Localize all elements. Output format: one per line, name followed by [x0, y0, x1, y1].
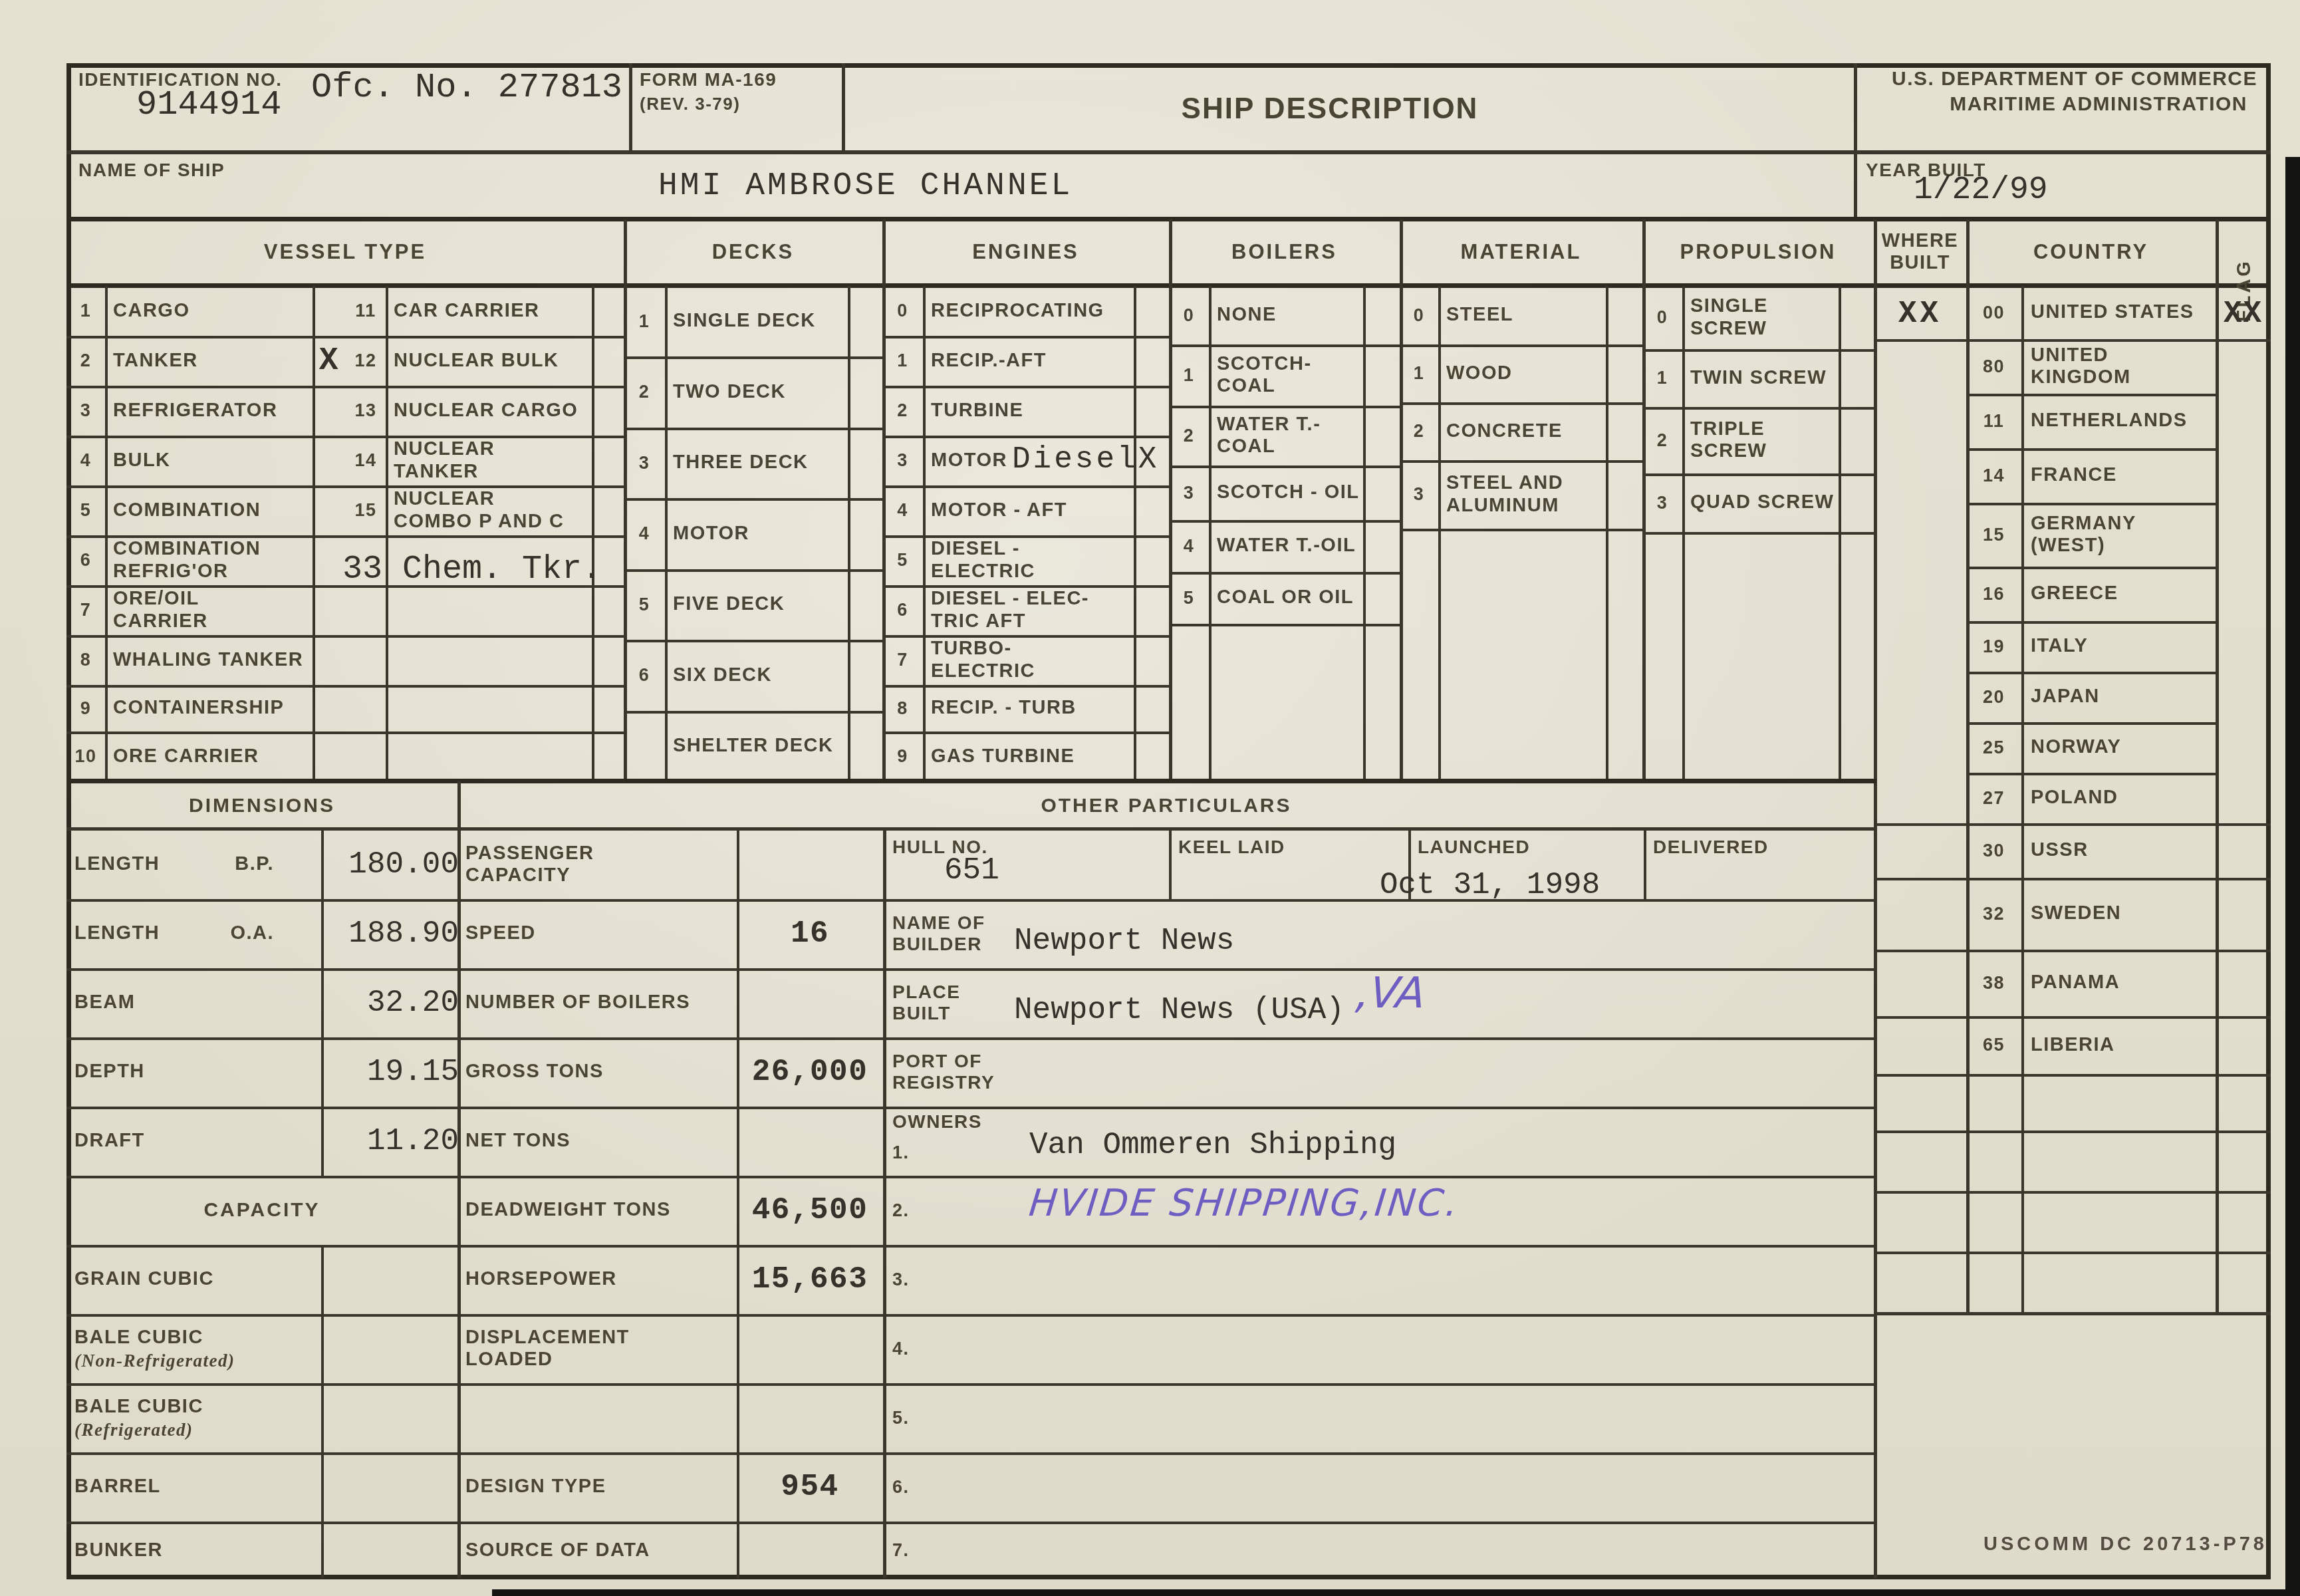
propulsion-code: 2 [1642, 407, 1682, 473]
decks-label: SINGLE DECK [673, 286, 845, 356]
propulsion-label: QUAD SCREW [1690, 473, 1836, 532]
country-code: 30 [1966, 823, 2021, 878]
place-built-label: PLACE BUILT [892, 968, 1012, 1037]
grid-line [66, 1245, 1876, 1248]
country-label: ITALY [2031, 621, 2210, 672]
particular-label: DISPLACEMENT LOADED [465, 1314, 731, 1383]
country-code: 20 [1966, 672, 2021, 722]
capacity-label: BALE CUBIC(Non-Refrigerated) [74, 1314, 314, 1383]
country-code: 38 [1966, 950, 2021, 1016]
column-header-propulsion: PROPULSION [1642, 221, 1874, 283]
engines-code: 2 [882, 386, 923, 436]
country-label: GREECE [2031, 567, 2210, 621]
vessel-type-a-label: BULK [113, 436, 310, 485]
boilers-code: 5 [1169, 572, 1209, 624]
engines-code: 9 [882, 731, 923, 781]
vessel-type-a-label: ORE CARRIER [113, 731, 310, 781]
country-label: NORWAY [2031, 722, 2210, 773]
engines-label: TURBO- ELECTRIC [931, 635, 1131, 685]
vessel-type-a-code: 10 [66, 731, 105, 781]
grid-line [66, 1383, 1876, 1386]
vessel-type-b-label: NUCLEAR TANKER [394, 436, 589, 485]
country-label: NETHERLANDS [2031, 394, 2210, 448]
boilers-label: SCOTCH- COAL [1217, 344, 1360, 406]
delivered-label: DELIVERED [1653, 833, 1799, 862]
vessel-type-a-code: 4 [66, 436, 105, 485]
particular-label: NUMBER OF BOILERS [465, 968, 731, 1037]
column-header-boilers: BOILERS [1169, 221, 1400, 283]
country-label: UNITED STATES [2031, 286, 2210, 339]
engines-label: DIESEL - ELEC- TRIC AFT [931, 585, 1131, 635]
engines-code: 8 [882, 685, 923, 731]
engines-code: 7 [882, 635, 923, 685]
grid-line [1875, 1191, 2271, 1194]
name-of-ship-label: NAME OF SHIP [78, 160, 225, 181]
particular-label: SPEED [465, 899, 731, 968]
material-code: 0 [1400, 286, 1438, 344]
column-header-decks: DECKS [624, 221, 882, 283]
grid-line [1875, 1074, 2271, 1077]
keel-laid-label: KEEL LAID [1178, 833, 1311, 862]
dimension-value: 11.20 [318, 1107, 459, 1176]
decks-label: SHELTER DECK [673, 711, 845, 781]
owner-row-number: 5. [892, 1383, 932, 1452]
particular-value: 46,500 [737, 1176, 883, 1245]
propulsion-label: SINGLE SCREW [1690, 286, 1836, 349]
engines-code: 1 [882, 336, 923, 386]
engines-label: RECIPROCATING [931, 286, 1131, 336]
vessel-type-a-label: TANKER [113, 336, 310, 386]
country-label: SWEDEN [2031, 878, 2210, 950]
grid-line [105, 286, 108, 781]
vessel-type-b-code: 12 [346, 336, 386, 386]
capacity-label: GRAIN CUBIC [74, 1245, 314, 1314]
country-label: USSR [2031, 823, 2210, 878]
country-code: 15 [1966, 503, 2021, 567]
vessel-type-a-label: COMBINATION REFRIG'OR [113, 535, 310, 585]
material-label: WOOD [1446, 344, 1603, 402]
vessel-type-b-label: NUCLEAR COMBO P AND C [394, 485, 589, 535]
vessel-type-b-code: 15 [346, 485, 386, 535]
grid-line [1642, 532, 1874, 535]
decks-code: 3 [624, 428, 665, 498]
propulsion-code: 1 [1642, 349, 1682, 407]
decks-code: 5 [624, 569, 665, 640]
boilers-code: 4 [1169, 520, 1209, 572]
grid-line [1400, 529, 1642, 531]
vessel-type-a-code: 3 [66, 386, 105, 436]
propulsion-label: TRIPLE SCREW [1690, 407, 1836, 473]
particular-label: DEADWEIGHT TONS [465, 1176, 731, 1245]
engines-code: 0 [882, 286, 923, 336]
decks-label: SIX DECK [673, 640, 845, 711]
column-header-where-built: WHERE BUILT [1874, 221, 1966, 283]
particular-label: GROSS TONS [465, 1037, 731, 1107]
column-header-engines: ENGINES [882, 221, 1169, 283]
owner-value-typed: Van Ommeren Shipping [1029, 1130, 1396, 1160]
owner-row-number: 6. [892, 1452, 932, 1522]
vessel-type-b-code: 11 [346, 286, 386, 336]
material-code: 1 [1400, 344, 1438, 402]
builder-label: NAME OF BUILDER [892, 899, 1012, 968]
vessel-type-a-label: CONTAINERSHIP [113, 685, 310, 731]
ofc-number-value: Ofc. No. 277813 [311, 70, 622, 105]
boilers-code: 2 [1169, 406, 1209, 465]
country-code: 00 [1966, 286, 2021, 339]
country-label: LIBERIA [2031, 1016, 2210, 1074]
engines-label: GAS TURBINE [931, 731, 1131, 781]
particular-label: PASSENGER CAPACITY [465, 830, 731, 899]
grid-line [592, 286, 594, 781]
dimensions-header: DIMENSIONS [66, 783, 457, 829]
owner-value-handwritten: HVIDE SHIPPING,INC. [1027, 1185, 1462, 1222]
country-code: 25 [1966, 722, 2021, 773]
country-label: JAPAN [2031, 672, 2210, 722]
grid-line [923, 286, 926, 781]
place-built-handwritten: ,VA [1354, 972, 1428, 1015]
owners-label: OWNERS [892, 1111, 999, 1133]
vessel-type-b-code: 14 [346, 436, 386, 485]
material-code: 2 [1400, 402, 1438, 460]
material-label: STEEL AND ALUMINUM [1446, 460, 1603, 529]
vessel-type-b-label: NUCLEAR BULK [394, 336, 589, 386]
boilers-label: NONE [1217, 286, 1360, 344]
capacity-label: BALE CUBIC(Refrigerated) [74, 1383, 314, 1452]
engines-code: 5 [882, 535, 923, 585]
builder-value: Newport News [1014, 926, 1234, 956]
scanned-form-page: IDENTIFICATION NO. 9144914 Ofc. No. 2778… [0, 0, 2300, 1596]
dimension-label: LENGTHB.P. [74, 830, 274, 899]
vessel-type-a-label: WHALING TANKER [113, 635, 310, 685]
owner-row-number: 1. [892, 1136, 932, 1169]
particular-value: 15,663 [737, 1245, 883, 1314]
country-label: PANAMA [2031, 950, 2210, 1016]
dimension-label: DRAFT [74, 1107, 274, 1176]
grid-line [66, 1522, 1876, 1524]
vessel-type-a-code: 9 [66, 685, 105, 731]
engines-label: RECIP. - TURB [931, 685, 1131, 731]
dimension-label: BEAM [74, 968, 274, 1037]
form-revision: (REV. 3-79) [640, 94, 740, 114]
identification-value: 9144914 [136, 88, 281, 122]
propulsion-code: 0 [1642, 286, 1682, 349]
vessel-type-b-code: 13 [346, 386, 386, 436]
particular-value: 954 [737, 1452, 883, 1522]
vessel-type-a-code: 2 [66, 336, 105, 386]
grid-line [2216, 219, 2219, 1312]
form-title: SHIP DESCRIPTION [997, 85, 1662, 133]
scan-edge-right [2285, 157, 2300, 1596]
vessel-type-a-label: COMBINATION [113, 485, 310, 535]
vessel-type-a-code: 1 [66, 286, 105, 336]
material-label: CONCRETE [1446, 402, 1603, 460]
grid-line [1438, 286, 1441, 781]
vessel-type-a-label: ORE/OIL CARRIER [113, 585, 310, 635]
capacity-label: BARREL [74, 1452, 314, 1522]
country-label: FRANCE [2031, 448, 2210, 503]
particular-label: DESIGN TYPE [465, 1452, 731, 1522]
column-header-vessel-type: VESSEL TYPE [66, 221, 624, 283]
vessel-type-a-code: 7 [66, 585, 105, 635]
grid-line [842, 63, 845, 154]
agency-line-1: U.S. DEPARTMENT OF COMMERCE [1862, 68, 2257, 90]
boilers-label: COAL OR OIL [1217, 572, 1360, 624]
country-label: POLAND [2031, 773, 2210, 823]
decks-label: THREE DECK [673, 428, 845, 498]
grid-line [1644, 830, 1646, 899]
grid-line [1169, 624, 1400, 626]
particular-value: 26,000 [737, 1037, 883, 1107]
vessel-type-a-label: REFRIGERATOR [113, 386, 310, 436]
flag-typed-value: XX [2216, 287, 2271, 340]
owner-row-number: 2. [892, 1176, 932, 1245]
grid-line [1875, 1312, 2271, 1315]
vessel-type-a-label: CARGO [113, 286, 310, 336]
vessel-type-b-label: CAR CARRIER [394, 286, 589, 336]
grid-line [386, 286, 388, 781]
country-code: 14 [1966, 448, 2021, 503]
decks-label: TWO DECK [673, 356, 845, 428]
column-header-material: MATERIAL [1400, 221, 1642, 283]
launched-label: LAUNCHED [1418, 833, 1551, 862]
grid-line [1363, 286, 1366, 781]
grid-line [1606, 286, 1608, 781]
hull-no-value: 651 [944, 855, 999, 886]
grid-line [66, 150, 2271, 154]
grid-line [1169, 830, 1172, 899]
propulsion-code: 3 [1642, 473, 1682, 532]
grid-line [848, 286, 850, 781]
vessel-type-typed-note: 33 Chem. Tkr. [342, 553, 602, 587]
boilers-label: WATER T.-OIL [1217, 520, 1360, 572]
engines-label: TURBINE [931, 386, 1131, 436]
column-header-country: COUNTRY [1966, 221, 2216, 283]
decks-code: 4 [624, 498, 665, 569]
place-built-value: Newport News (USA) [1014, 995, 1344, 1025]
grid-line [346, 731, 624, 734]
engine-typed-note: DieselX [1012, 444, 1159, 475]
grid-line [1209, 286, 1212, 781]
engines-label: RECIP.-AFT [931, 336, 1131, 386]
launched-value: Oct 31, 1998 [1380, 870, 1600, 900]
country-code: 19 [1966, 621, 2021, 672]
grid-line [66, 1314, 1876, 1317]
grid-line [346, 685, 624, 688]
country-label: UNITED KINGDOM [2031, 339, 2210, 394]
material-label: STEEL [1446, 286, 1603, 344]
particular-label: NET TONS [465, 1107, 731, 1176]
scan-edge-bottom [492, 1589, 2300, 1596]
other-particulars-header: OTHER PARTICULARS [457, 783, 1875, 829]
vessel-type-a-typed-mark: X [313, 336, 346, 386]
where-built-typed-value: XX [1874, 287, 1966, 340]
boilers-code: 1 [1169, 344, 1209, 406]
grid-line [629, 63, 632, 154]
engines-code: 3 [882, 436, 923, 485]
material-code: 3 [1400, 460, 1438, 529]
particular-label: SOURCE OF DATA [465, 1522, 731, 1579]
vessel-type-a-code: 5 [66, 485, 105, 535]
grid-line [66, 63, 2271, 68]
grid-line [346, 535, 624, 538]
country-code: 27 [1966, 773, 2021, 823]
dimension-value: 32.20 [318, 968, 459, 1037]
dimension-value: 180.00 [318, 830, 459, 899]
vessel-type-a-code: 6 [66, 535, 105, 585]
vessel-type-a-code: 8 [66, 635, 105, 685]
grid-line [1875, 1130, 2271, 1133]
capacity-header: CAPACITY [66, 1176, 457, 1245]
dimension-label: LENGTHO.A. [74, 899, 274, 968]
country-code: 80 [1966, 339, 2021, 394]
engines-code: 6 [882, 585, 923, 635]
decks-code: 2 [624, 356, 665, 428]
propulsion-label: TWIN SCREW [1690, 349, 1836, 407]
grid-line [66, 1575, 2271, 1579]
grid-line [1854, 63, 1857, 220]
grid-line [1875, 1252, 2271, 1254]
dimension-value: 188.90 [318, 899, 459, 968]
engines-code: 4 [882, 485, 923, 535]
dimension-label: DEPTH [74, 1037, 274, 1107]
owner-row-number: 7. [892, 1522, 932, 1579]
decks-label: FIVE DECK [673, 569, 845, 640]
boilers-label: SCOTCH - OIL [1217, 465, 1360, 520]
owner-row-number: 4. [892, 1314, 932, 1383]
agency-line-2: MARITIME ADMINISTRATION [1862, 93, 2247, 116]
grid-line [883, 830, 886, 1578]
ship-name-value: HMI AMBROSE CHANNEL [658, 170, 1073, 202]
owner-row-number: 3. [892, 1245, 932, 1314]
country-code: 65 [1966, 1016, 2021, 1074]
particular-value: 16 [737, 899, 883, 968]
grid-line [665, 286, 668, 781]
capacity-label: BUNKER [74, 1522, 314, 1579]
form-control-number: USCOMM DC 20713-P78 [1702, 1533, 2267, 1555]
particular-label: HORSEPOWER [465, 1245, 731, 1314]
year-built-value: 1/22/99 [1914, 174, 2048, 206]
decks-code: 1 [624, 286, 665, 356]
decks-code: 6 [624, 640, 665, 711]
grid-line [66, 1452, 1876, 1455]
country-code: 11 [1966, 394, 2021, 448]
country-label: GERMANY (WEST) [2031, 503, 2210, 567]
country-code: 16 [1966, 567, 2021, 621]
form-number: FORM MA-169 [640, 69, 777, 90]
port-of-registry-label: PORT OF REGISTRY [892, 1037, 1012, 1107]
grid-line [2021, 286, 2024, 1312]
engines-label: DIESEL - ELECTRIC [931, 535, 1131, 585]
boilers-code: 0 [1169, 286, 1209, 344]
country-code: 32 [1966, 878, 2021, 950]
engines-label: MOTOR - AFT [931, 485, 1131, 535]
boilers-label: WATER T.- COAL [1217, 406, 1360, 465]
grid-line [1134, 286, 1136, 781]
vessel-type-b-label: NUCLEAR CARGO [394, 386, 589, 436]
dimension-value: 19.15 [318, 1037, 459, 1107]
boilers-code: 3 [1169, 465, 1209, 520]
grid-line [321, 1245, 324, 1578]
grid-line [346, 635, 624, 638]
decks-label: MOTOR [673, 498, 845, 569]
